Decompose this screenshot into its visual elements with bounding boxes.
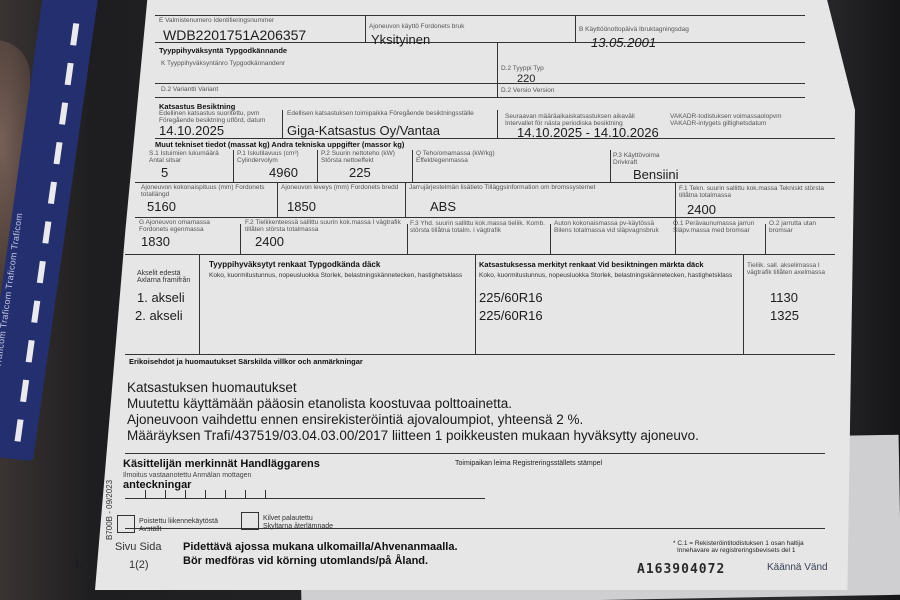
fuel-value: Bensiini xyxy=(633,167,679,182)
width-value: 1850 xyxy=(287,199,316,214)
version-label: D.2 Versio Version xyxy=(501,87,554,94)
width-label: Ajoneuvon leveys (mm) Fordonets bredd xyxy=(281,184,401,191)
seats-label: S.1 Istuimien lukumäärä Antal sitsar xyxy=(149,150,229,164)
handler-title: Käsittelijän merkinnät Handläggarens xyxy=(123,458,320,470)
trailer-use-mass-label: Auton kokonaismassa pv-käytössä Bilens t… xyxy=(554,220,669,234)
vin-label: E Valmistenumero Identifieringsnummer xyxy=(159,17,274,24)
seats-value: 5 xyxy=(161,165,168,180)
removed-from-traffic-checkbox[interactable] xyxy=(117,515,135,533)
remarks-title: Erikoisehdot ja huomautukset Särskilda v… xyxy=(129,357,363,366)
remarks-line: Katsastuksen huomautukset xyxy=(127,380,297,395)
type-value: 220 xyxy=(517,73,535,85)
remarks-line: Määräyksen Trafi/437519/03.04.03.00/2017… xyxy=(127,428,699,443)
braked-trailer-mass-label: O.1 Perävaunumassa jarrun Släpv.massa me… xyxy=(673,220,768,234)
type-label: D.2 Tyyppi Typ xyxy=(501,65,544,72)
plates-returned-checkbox[interactable] xyxy=(241,512,259,530)
power-mass-label: Q Teho/omamassa (kW/kg) Effekt/egenmassa xyxy=(416,150,526,164)
page-number: 1(2) xyxy=(129,559,149,571)
length-label: Ajoneuvon kokonaispituus (mm) Fordonets … xyxy=(141,184,276,198)
road-max-mass-label: F.2 Tieliikenteessä sallittu suurin kok.… xyxy=(245,219,405,233)
curb-mass-value: 1830 xyxy=(141,234,170,249)
displacement-label: P.1 Iskutilavuus (cm³) Cylindervolym xyxy=(237,150,317,164)
marked-tyre-size: 225/60R16 xyxy=(479,290,543,305)
vin-value: WDB2201751A206357 xyxy=(163,27,306,43)
remarks-line: Muutettu käyttämään pääosin etanolista k… xyxy=(127,396,512,411)
axle-name: 1. akseli xyxy=(137,290,185,305)
variant-label: D.2 Variantti Variant xyxy=(161,86,218,93)
technical-max-mass-value: 2400 xyxy=(687,202,716,217)
power-value: 225 xyxy=(349,165,371,180)
handler-title-continued: anteckningar xyxy=(123,479,191,491)
combination-max-mass-label: F.3 Yhd. suurin sallittu kok.massa tieli… xyxy=(410,220,550,234)
previous-inspection-date: 14.10.2025 xyxy=(159,123,224,138)
form-code: B700B - 09/2023 xyxy=(105,480,114,540)
vakadr-label: VAKADR-todistuksen voimassaolopvm VAKADR… xyxy=(670,113,800,127)
road-max-mass-value: 2400 xyxy=(255,234,284,249)
axle-mass-value: 1130 xyxy=(770,290,798,305)
curb-mass-label: G Ajoneuvon omamassa Fordonets egenmassa xyxy=(139,219,239,233)
power-label: P.2 Suurin nettoteho (kW) Största nettoe… xyxy=(321,150,411,164)
axle-name: 2. akseli xyxy=(135,308,183,323)
displacement-value: 4960 xyxy=(269,165,298,180)
c1-note-sv: Innehavare av registreringsbevisets del … xyxy=(677,547,796,554)
c1-note: * C.1 = Rekisteröintitodistuksen 1 osan … xyxy=(673,540,804,547)
stamp-label: Toimipaikan leima Registreringsställets … xyxy=(455,460,602,467)
marked-tyre-size: 225/60R16 xyxy=(479,308,543,323)
serial-number: A163904072 xyxy=(637,562,725,577)
length-value: 5160 xyxy=(147,199,176,214)
technical-title: Muut tekniset tiedot (massat kg) Andra t… xyxy=(155,140,404,149)
plates-returned-label-sv: Skyltarna återlämnade xyxy=(263,523,333,530)
previous-inspection-place: Giga-Katsastus Oy/Vantaa xyxy=(287,123,440,138)
first-registration-label: B Käyttöönottopäivä Ibruktagningsdag xyxy=(579,26,689,33)
letter-mark: L xyxy=(75,555,84,571)
remarks-line: Ajoneuvoon vaihdettu ennen ensirekisterö… xyxy=(127,412,583,427)
type-approval-number-label: K Tyyppihyväksyntänro Typgodkännandenr xyxy=(161,60,285,67)
fuel-label: P.3 Käyttövoima Drivkraft xyxy=(613,152,683,166)
notice-swedish: Bör medföras vid körning utomlands/på Ål… xyxy=(183,555,428,567)
page-label: Sivu Sida xyxy=(115,541,161,553)
removed-from-traffic-label: Poistettu liikennekäytöstä xyxy=(139,518,218,525)
axles-label: Akselit edestä Axlarna framifrån xyxy=(137,270,199,284)
unbraked-trailer-mass-label: O.2 jarrutta utan bromsar xyxy=(769,220,831,234)
brake-info-value: ABS xyxy=(430,199,456,214)
type-approval-title: Tyyppihyväksyntä Typgodkännande xyxy=(159,46,287,55)
brake-info-label: Jarrujärjestelmän lisätieto Tilläggsinfo… xyxy=(409,184,609,191)
notice-received-label: Ilmoitus vastaanotettu Anmälan mottagen xyxy=(123,472,251,479)
plates-returned-label: Kilvet palautettu xyxy=(263,515,313,522)
first-registration-value: 13.05.2001 xyxy=(591,35,656,50)
approved-tyres-subtitle: Koko, kuormitustunnus, nopeusluokka Stor… xyxy=(209,272,469,279)
removed-from-traffic-label-sv: Avställt xyxy=(139,526,161,533)
axle-mass-value: 1325 xyxy=(770,308,799,323)
technical-max-mass-label: F.1 Tekn. suurin sallittu kok.massa Tekn… xyxy=(679,185,829,199)
notice-finnish: Pidettävä ajossa mukana ulkomailla/Ahven… xyxy=(183,541,458,553)
next-inspection-interval: 14.10.2025 - 14.10.2026 xyxy=(517,125,659,140)
certificate-form: E Valmistenumero Identifieringsnummer WD… xyxy=(125,10,835,590)
axle-mass-label: Tieliik. sall. akselimassa I vägtrafik t… xyxy=(747,262,833,276)
vehicle-use-value: Yksityinen xyxy=(371,32,430,47)
marked-tyres-subtitle: Koko, kuormitustunnus, nopeusluokka Stor… xyxy=(479,272,739,279)
approved-tyres-title: Tyyppihyväksytyt renkaat Typgodkända däc… xyxy=(209,260,380,269)
vehicle-use-label: Ajoneuvon käyttö Fordonets bruk xyxy=(369,23,464,30)
turn-over-label: Käännä Vänd xyxy=(767,562,828,573)
marked-tyres-title: Katsastuksessa merkityt renkaat Vid besi… xyxy=(479,260,704,269)
previous-inspection-date-label: Edellinen katsastus suoritettu, pvm Före… xyxy=(159,110,279,124)
previous-inspection-place-label: Edellisen katsastuksen toimipaikka Föreg… xyxy=(287,110,487,117)
